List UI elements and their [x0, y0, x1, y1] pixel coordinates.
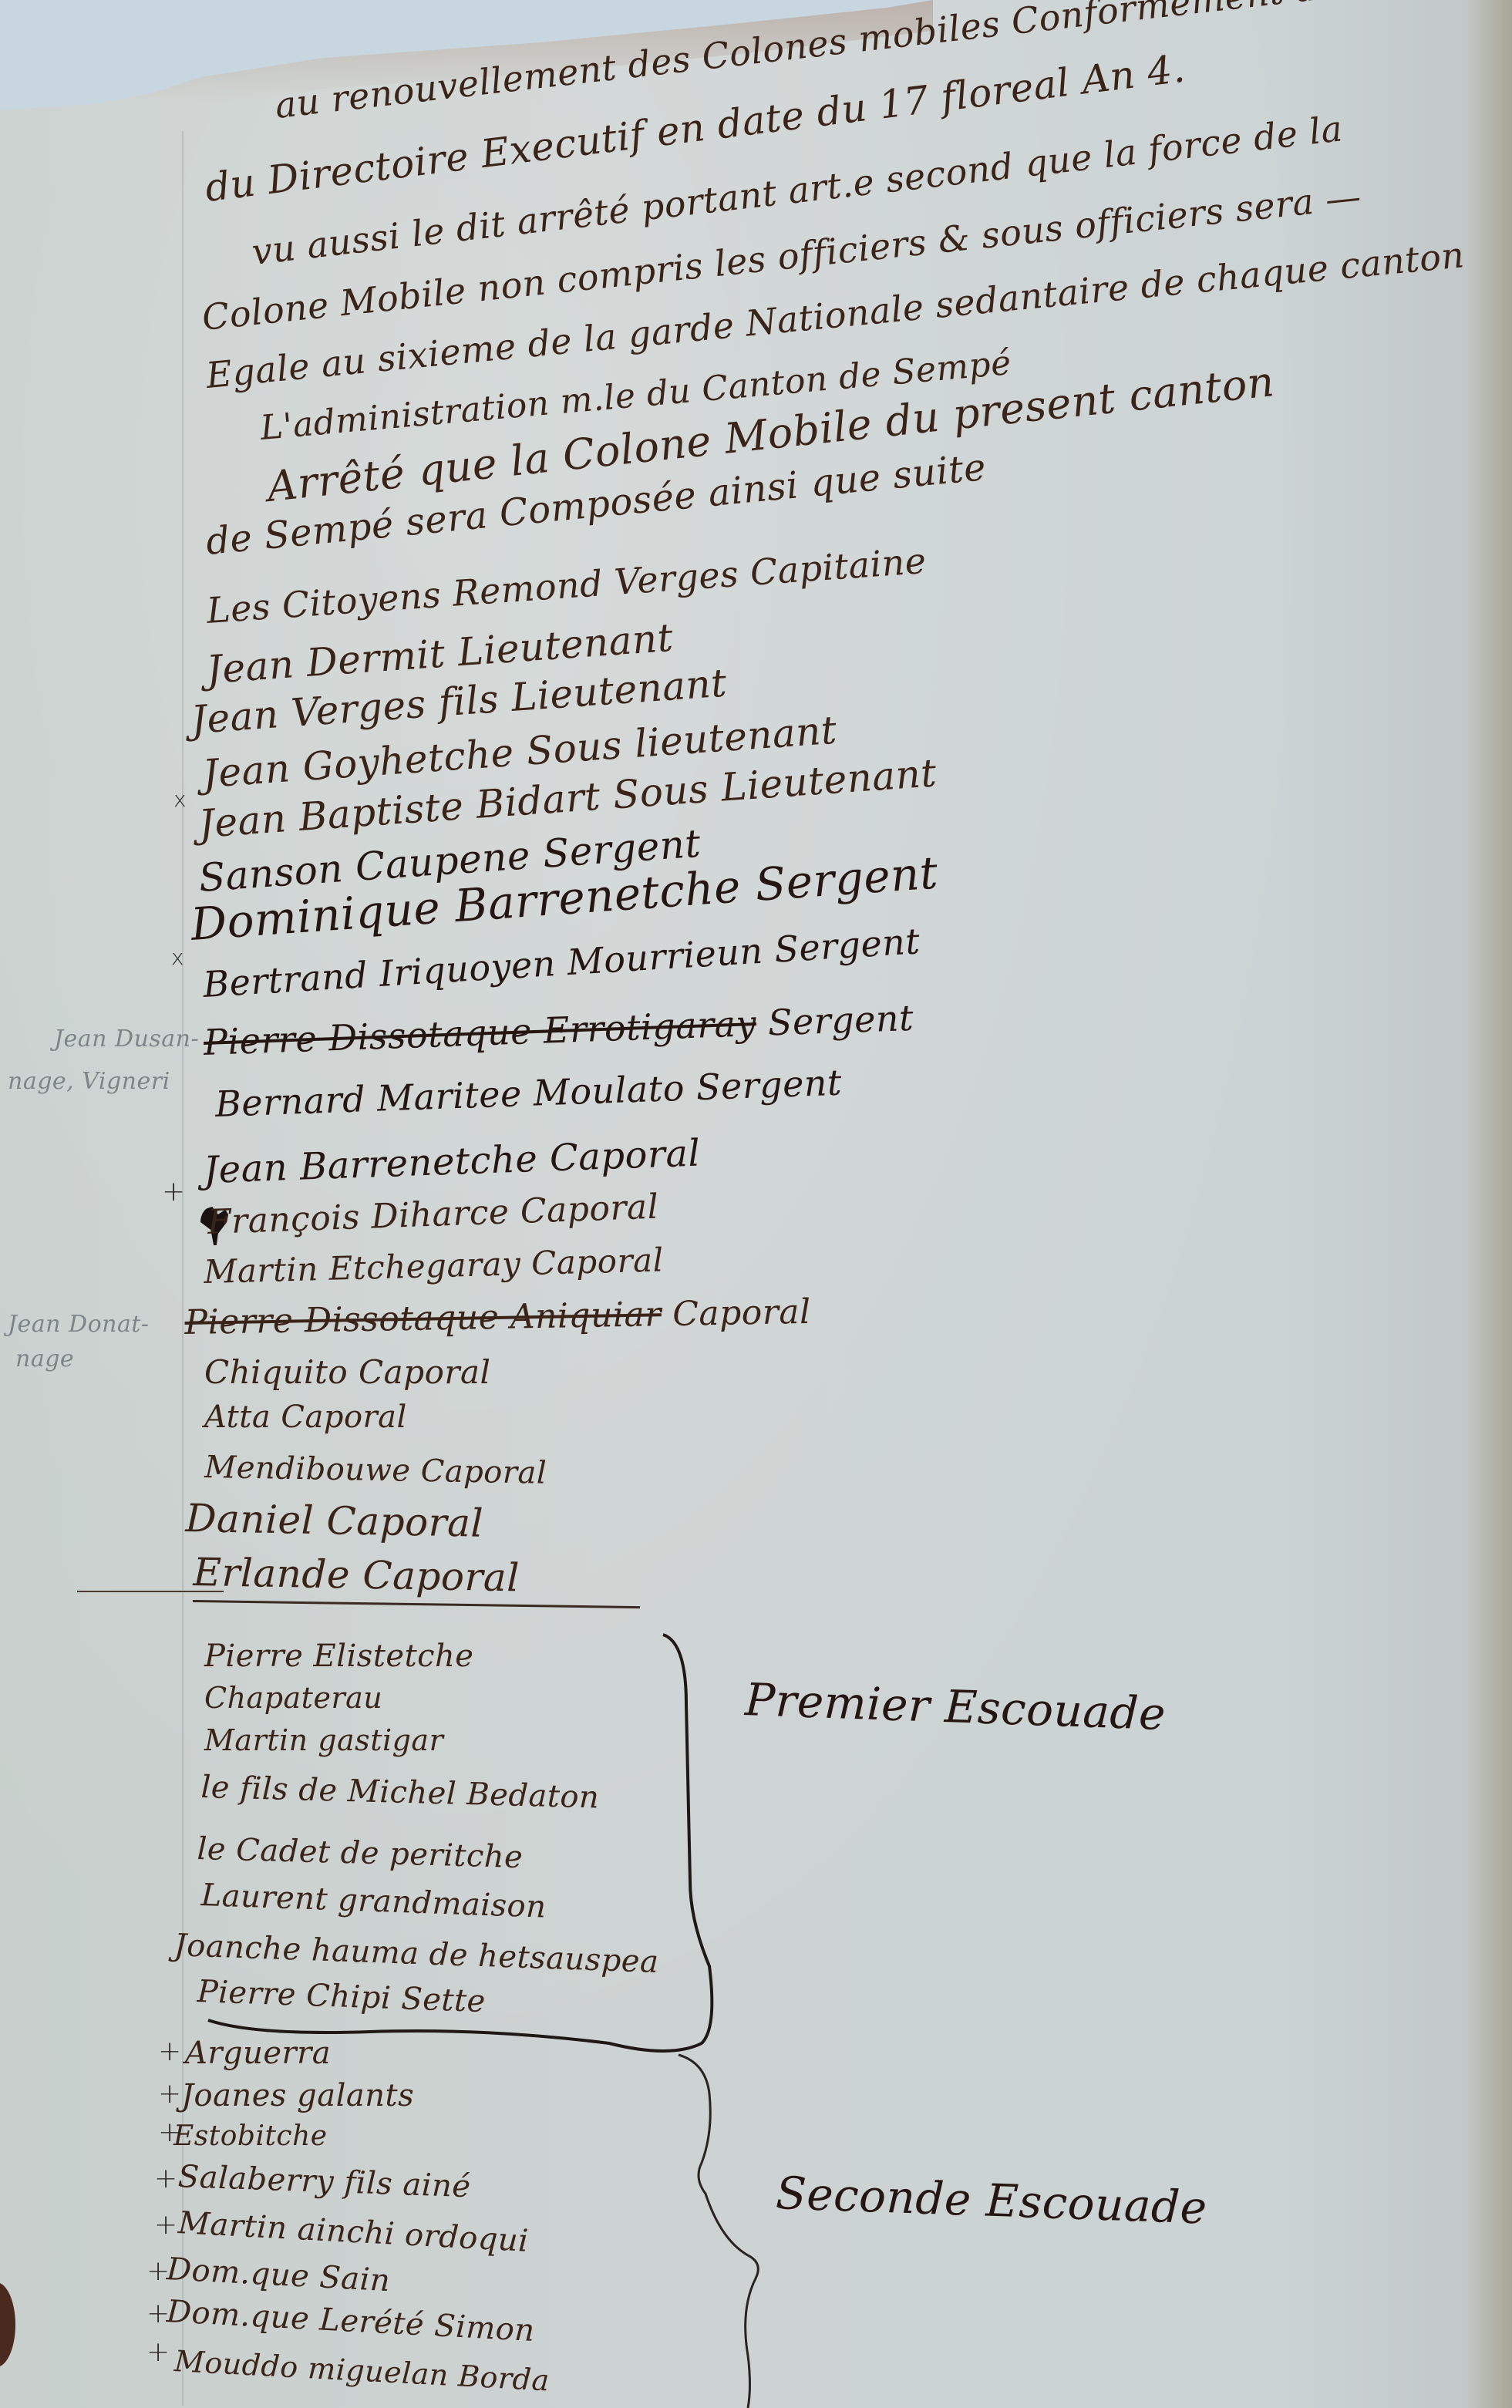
officer-rank: Caporal — [549, 1132, 701, 1180]
margin-line — [182, 131, 184, 2406]
squad-member: Arguerra — [185, 2036, 331, 2071]
officer-rank: Caporal — [531, 1241, 665, 1281]
plus-mark: + — [154, 2209, 177, 2241]
officer-row: Mendibouwe Caporal — [204, 1450, 547, 1491]
plus-mark: + — [146, 2336, 170, 2368]
officer-rank: Sergent — [773, 920, 921, 970]
officer-rank: Caporal — [672, 1292, 811, 1334]
officer-row: Chiquito Caporal — [204, 1353, 490, 1391]
plus-mark: + — [158, 2036, 181, 2067]
officer-row: Erlande Caporal — [193, 1550, 520, 1600]
plus-mark: + — [162, 1176, 185, 1207]
x-mark: x — [173, 786, 187, 812]
officer-rank: Caporal — [420, 1453, 547, 1491]
squad-2-bracket — [663, 2047, 786, 2408]
officer-name: Chiquito — [204, 1353, 348, 1391]
officer-name: Mendibouwe — [204, 1450, 411, 1489]
plus-mark: + — [158, 2078, 181, 2110]
officer-row: Daniel Caporal — [185, 1496, 483, 1546]
officer-rank: Sergent — [695, 1062, 843, 1109]
plus-mark: + — [154, 2163, 177, 2194]
x-mark: x — [171, 945, 184, 970]
page-fold-shadow — [1466, 0, 1512, 2408]
squad-member: Estobitche — [173, 2120, 328, 2152]
squad-1-bracket — [177, 1627, 732, 2059]
margin-note: Jean Dusan- — [54, 1026, 199, 1052]
officer-rank: Caporal — [326, 1498, 483, 1546]
margin-note: nage, Vigneri — [8, 1068, 170, 1095]
officer-rank: Caporal — [362, 1553, 520, 1601]
officer-name: Atta — [204, 1399, 271, 1435]
officer-rank: Caporal — [520, 1187, 659, 1231]
officer-rank: Caporal — [281, 1399, 406, 1435]
officer-rank: Sergent — [767, 997, 914, 1044]
squad-member: Joanes galants — [181, 2078, 414, 2113]
officer-name: Pierre Dissotaque Aniquiar — [184, 1295, 662, 1342]
separator-line — [77, 1591, 224, 1592]
officer-name: Daniel — [185, 1496, 315, 1543]
margin-note: Jean Donat- — [8, 1311, 150, 1338]
margin-note: nage — [15, 1345, 74, 1372]
officer-rank: Caporal — [359, 1353, 490, 1391]
officer-row: Atta Caporal — [204, 1399, 407, 1435]
